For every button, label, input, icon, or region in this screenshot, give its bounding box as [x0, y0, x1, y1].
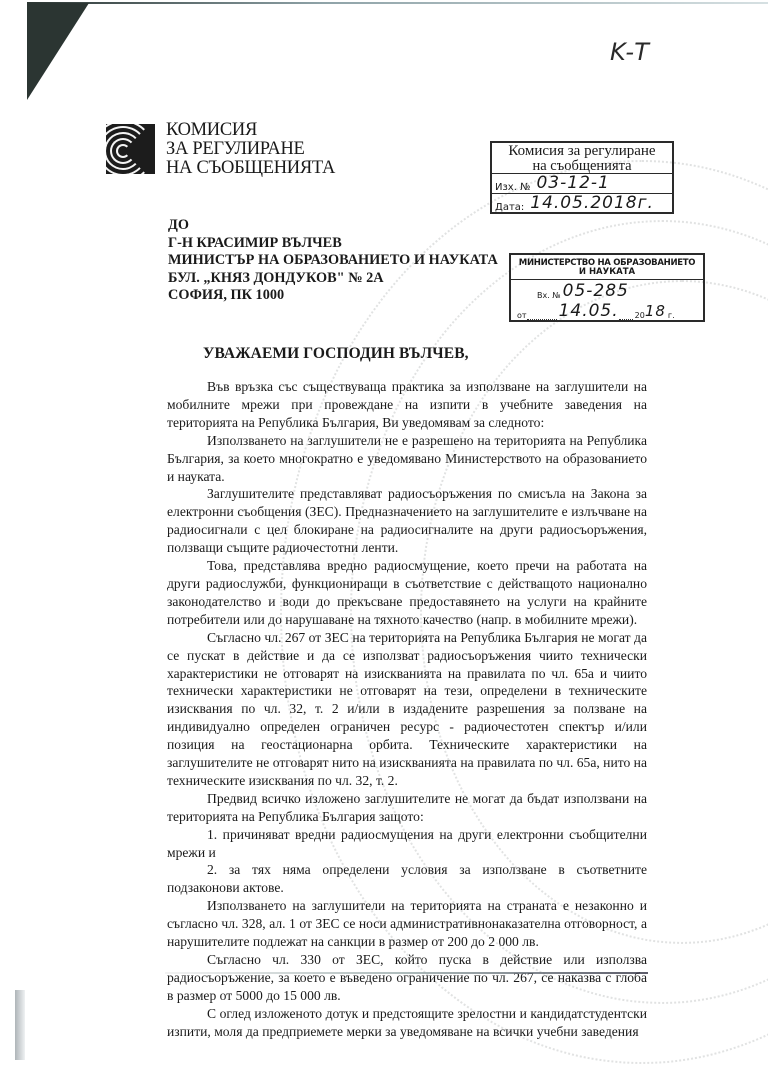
- stamp-date-label: от: [517, 311, 527, 320]
- stamp-date-value: 14.05.2018г.: [530, 194, 654, 213]
- paragraph: Това, представлява вредно радиосмущение,…: [167, 557, 647, 629]
- logo-line: КОМИСИЯ: [166, 121, 335, 140]
- stamp-number-label: Вх. №: [537, 291, 561, 300]
- list-item: 2. за тях няма определени условия за изп…: [167, 861, 647, 897]
- paragraph: Предвид всичко изложено заглушителите не…: [167, 790, 647, 826]
- stamp-year-prefix: 20: [635, 311, 645, 320]
- scan-top-edge: [27, 2, 768, 4]
- address-line: ДО: [168, 217, 498, 235]
- handwritten-annotation: K-T: [610, 38, 651, 66]
- paragraph: Заглушителите представляват радиосъоръже…: [167, 485, 647, 557]
- stamp-date-row: от 14.05. 20 18 г.: [511, 300, 703, 320]
- recipient-address: ДО Г-Н КРАСИМИР ВЪЛЧЕВ МИНИСТЪР НА ОБРАЗ…: [168, 217, 498, 305]
- paragraph: Използването на заглушители на територия…: [167, 897, 647, 951]
- address-line: МИНИСТЪР НА ОБРАЗОВАНИЕТО И НАУКАТА: [168, 252, 498, 270]
- crc-logo: КОМИСИЯ ЗА РЕГУЛИРАНЕ НА СЪОБЩЕНИЯТА: [106, 121, 335, 178]
- stamp-header: на съобщенията: [492, 159, 672, 174]
- stamp-date-value: 14.05.: [559, 302, 619, 320]
- page-crop-line: [165, 972, 648, 974]
- paragraph: С оглед изложеното дотук и предстоящите …: [167, 1005, 647, 1041]
- stamp-number-label: Изх. №: [495, 182, 530, 193]
- stamp-number-value: 05-285: [563, 282, 629, 300]
- stamp-number-row: Изх. № 03-12-1: [492, 174, 672, 193]
- concentric-waves-icon: [106, 124, 155, 174]
- stamp-date-label: Дата:: [495, 202, 524, 213]
- scan-folded-corner: [27, 3, 89, 100]
- paragraph: Съгласно чл. 330 от ЗЕС, който пуска в д…: [167, 951, 647, 1005]
- stamp-date-row: Дата: 14.05.2018г.: [492, 193, 672, 213]
- address-line: СОФИЯ, ПК 1000: [168, 287, 498, 305]
- outgoing-registry-stamp: Комисия за регулиране на съобщенията Изх…: [490, 141, 674, 214]
- stamp-number-row: Вх. № 05-285: [511, 280, 703, 300]
- logo-text: КОМИСИЯ ЗА РЕГУЛИРАНЕ НА СЪОБЩЕНИЯТА: [166, 121, 335, 178]
- stamp-number-value: 03-12-1: [536, 174, 609, 193]
- address-line: Г-Н КРАСИМИР ВЪЛЧЕВ: [168, 235, 498, 253]
- salutation: УВАЖАЕМИ ГОСПОДИН ВЪЛЧЕВ,: [203, 345, 469, 363]
- logo-line: ЗА РЕГУЛИРАНЕ: [166, 140, 335, 159]
- incoming-registry-stamp: МИНИСТЕРСТВО НА ОБРАЗОВАНИЕТО И НАУКАТА …: [509, 253, 705, 322]
- stamp-year-suffix: г.: [668, 311, 675, 320]
- logo-line: НА СЪОБЩЕНИЯТА: [166, 159, 335, 178]
- paragraph: Съгласно чл. 267 от ЗЕС на територията н…: [167, 629, 647, 790]
- paragraph: Във връзка със съществуваща практика за …: [167, 378, 647, 432]
- stamp-header: Комисия за регулиране: [492, 143, 672, 159]
- paragraph: Използването на заглушители не е разреше…: [167, 432, 647, 486]
- stamp-year-value: 18: [645, 302, 666, 320]
- letter-body: Във връзка със съществуваща практика за …: [167, 378, 647, 1041]
- address-line: БУЛ. „КНЯЗ ДОНДУКОВ" № 2А: [168, 270, 498, 288]
- stamp-header: И НАУКАТА: [511, 268, 703, 280]
- list-item: 1. причиняват вредни радиосмущения на др…: [167, 826, 647, 862]
- scan-left-edge: [15, 990, 25, 1060]
